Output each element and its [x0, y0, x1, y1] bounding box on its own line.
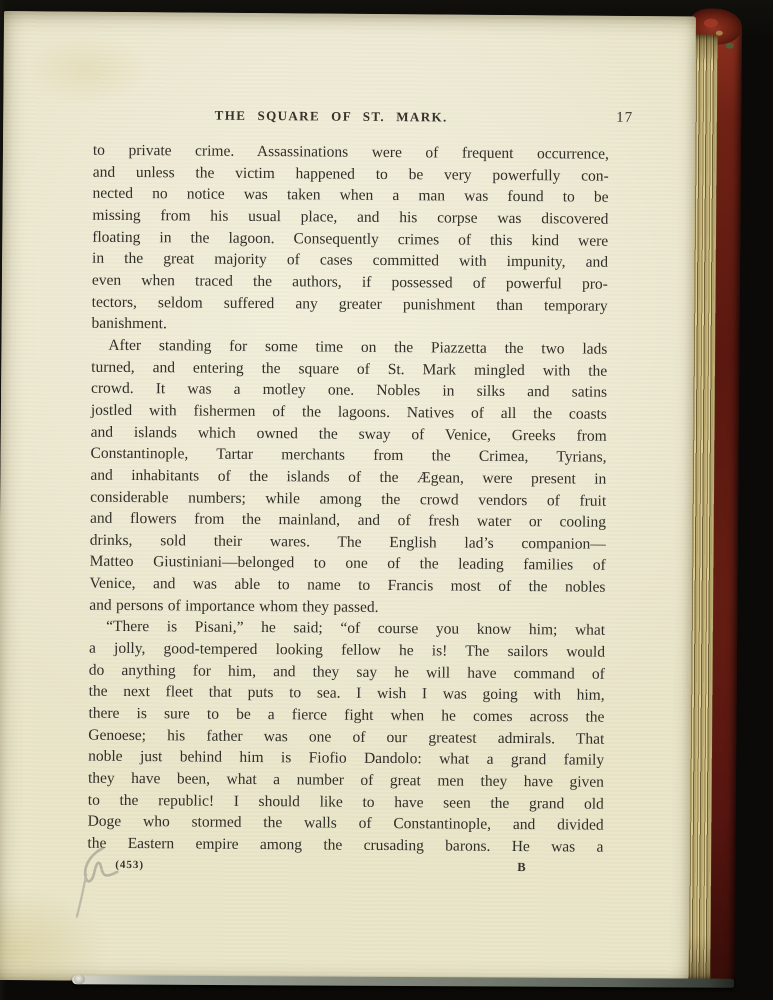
- page-footer: (453) B: [87, 857, 627, 879]
- running-head: THE SQUARE OF ST. MARK. 17: [93, 107, 633, 133]
- page-number: 17: [616, 110, 633, 127]
- page-title: THE SQUARE OF ST. MARK.: [93, 107, 569, 127]
- book-page: THE SQUARE OF ST. MARK. 17 to private cr…: [0, 11, 696, 985]
- gathering-mark: B: [517, 860, 526, 875]
- pencil-mark-icon: [73, 845, 122, 923]
- text-block: to private crime. Assassinations were of…: [87, 140, 609, 859]
- text-line: tectors, seldom suffered any greater pun…: [92, 291, 608, 317]
- photo-background: THE SQUARE OF ST. MARK. 17 to private cr…: [0, 0, 773, 1000]
- book: THE SQUARE OF ST. MARK. 17 to private cr…: [0, 11, 749, 992]
- cover-fleck-red: [704, 18, 718, 27]
- text-line: the Eastern empire among the crusading b…: [87, 833, 603, 859]
- cover-fleck-green: [726, 43, 734, 49]
